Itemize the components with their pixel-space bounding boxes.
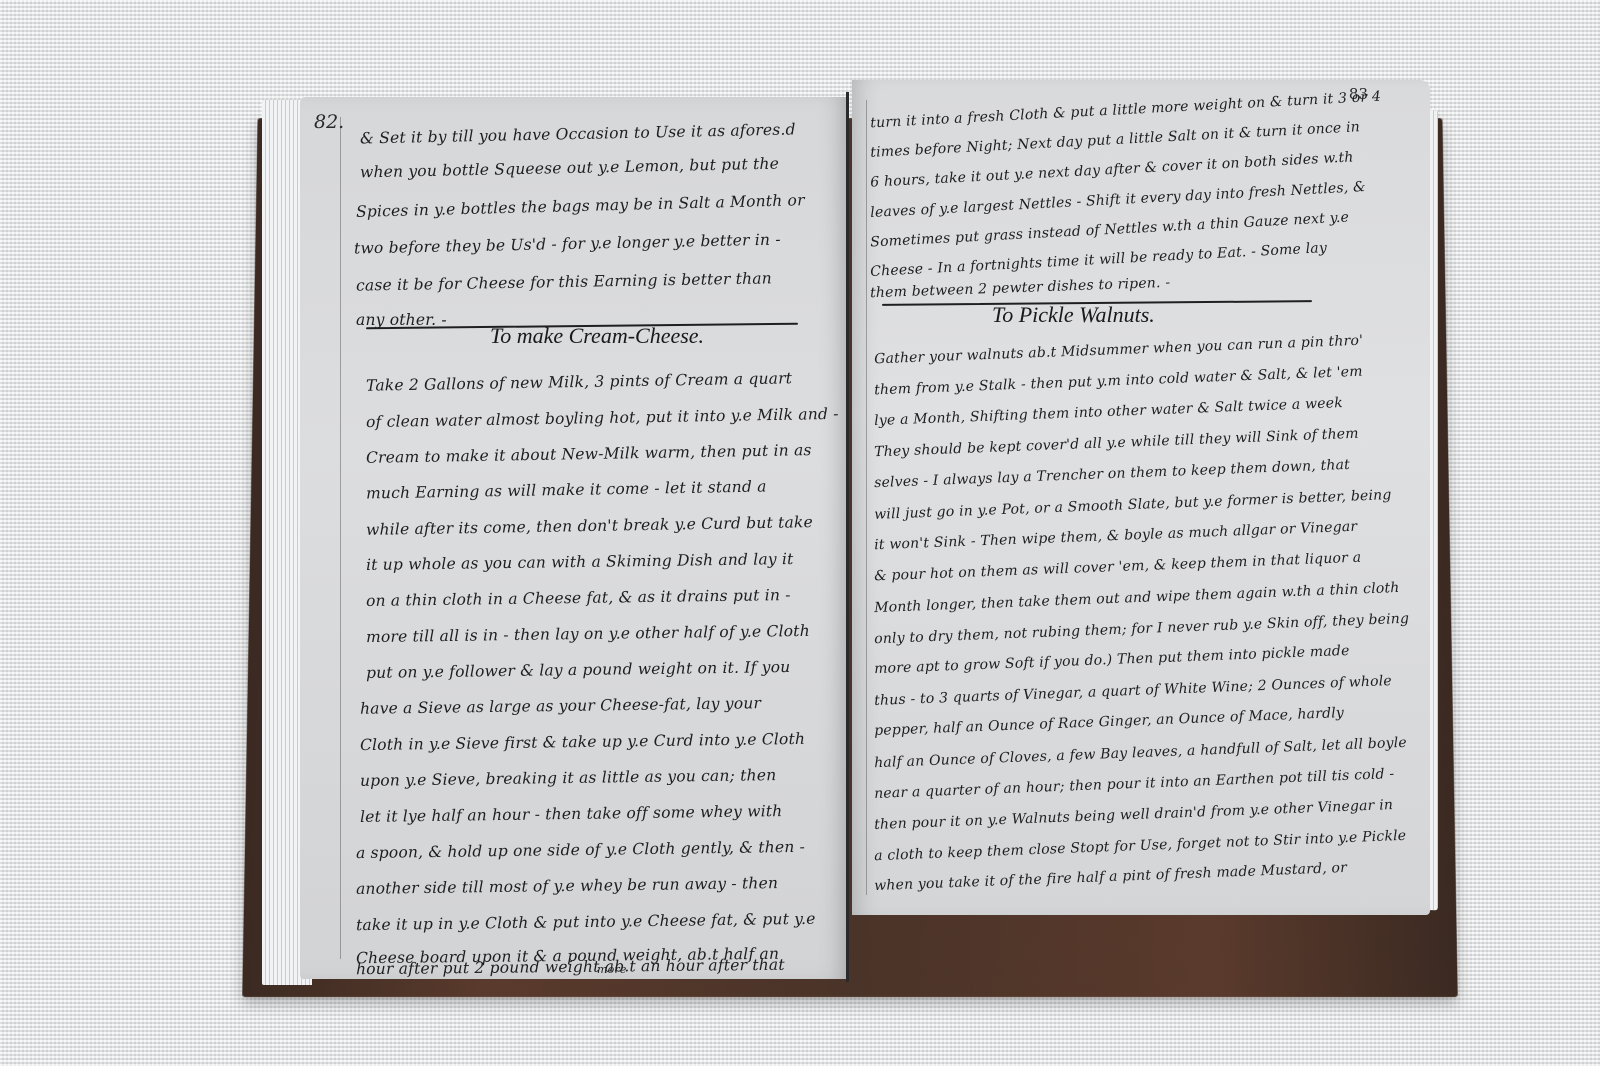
text-line: Spices in y.e bottles the bags may be in… <box>356 191 805 221</box>
recipe-line: it won't Sink - Then wipe them, & boyle … <box>874 519 1358 554</box>
recipe-line: They should be kept cover'd all y.e whil… <box>874 426 1359 461</box>
recipe-line: Cloth in y.e Sieve first & take up y.e C… <box>360 730 805 754</box>
recipe-line: near a quarter of an hour; then pour it … <box>874 766 1395 802</box>
recipe-line: a spoon, & hold up one side of y.e Cloth… <box>356 838 805 862</box>
recipe-line: pepper, half an Ounce of Race Ginger, an… <box>874 705 1344 739</box>
recipe-line: thus - to 3 quarts of Vinegar, a quart o… <box>874 673 1392 709</box>
recipe-line: it up whole as you can with a Skiming Di… <box>366 550 794 574</box>
recipe-line: lye a Month, Shifting them into other wa… <box>874 395 1343 429</box>
recipe-line: half an Ounce of Cloves, a few Bay leave… <box>874 735 1407 771</box>
recipe-line: selves - I always lay a Trencher on them… <box>874 457 1350 491</box>
recipe-title: To Pickle Walnuts. <box>992 302 1155 328</box>
recipe-line: only to dry them, not rubing them; for I… <box>874 611 1410 648</box>
recipe-line: then pour it on y.e Walnuts being well d… <box>874 797 1393 833</box>
recipe-line: Take 2 Gallons of new Milk, 3 pints of C… <box>366 369 792 394</box>
recipe-line: while after its come, then don't break y… <box>366 513 813 539</box>
recipe-line: much Earning as will make it come - let … <box>366 478 767 503</box>
margin-rule <box>340 117 341 959</box>
recipe-line: will just go in y.e Pot, or a Smooth Sla… <box>874 487 1392 523</box>
recipe-line: take it up in y.e Cloth & put into y.e C… <box>356 910 816 934</box>
recipe-line: Gather your walnuts ab.t Midsummer when … <box>874 333 1364 368</box>
recipe-line: more apt to grow Soft if you do.) Then p… <box>874 643 1350 677</box>
text-line: two before they be Us'd - for y.e longer… <box>354 231 781 258</box>
recipe-line: let it lye half an hour - then take off … <box>360 802 783 826</box>
left-page: 82. & Set it by till you have Occasion t… <box>300 97 848 979</box>
text-line: & Set it by till you have Occasion to Us… <box>360 120 796 147</box>
book-gutter <box>846 92 849 982</box>
margin-rule <box>866 100 867 895</box>
recipe-line: when you take it of the fire half a pint… <box>874 860 1347 894</box>
text-line: them between 2 pewter dishes to ripen. - <box>870 275 1171 301</box>
recipe-title: To make Cream-Cheese. <box>490 323 704 349</box>
recipe-line: another side till most of y.e whey be ru… <box>356 874 778 898</box>
recipe-line: of clean water almost boyling hot, put i… <box>366 405 839 431</box>
text-line: case it be for Cheese for this Earning i… <box>356 269 772 294</box>
recipe-line: put on y.e follower & lay a pound weight… <box>366 658 791 682</box>
recipe-line: & pour hot on them as will cover 'em, & … <box>874 550 1362 585</box>
recipe-line: Month longer, then take them out and wip… <box>874 580 1400 616</box>
recipe-line: more till all is in - then lay on y.e ot… <box>366 622 810 646</box>
recipe-line: Cream to make it about New-Milk warm, th… <box>366 441 812 467</box>
text-line: when you bottle Squeese out y.e Lemon, b… <box>360 155 779 182</box>
recipe-line: them from y.e Stalk - then put y.m into … <box>874 364 1363 399</box>
recipe-line: upon y.e Sieve, breaking it as little as… <box>360 766 777 790</box>
right-page: 83 turn it into a fresh Cloth & put a li… <box>852 80 1430 915</box>
page-number: 82. <box>314 111 344 133</box>
recipe-line: on a thin cloth in a Cheese fat, & as it… <box>366 586 791 610</box>
recipe-line: a cloth to keep them close Stopt for Use… <box>874 828 1407 864</box>
recipe-line: have a Sieve as large as your Cheese-fat… <box>360 694 761 718</box>
